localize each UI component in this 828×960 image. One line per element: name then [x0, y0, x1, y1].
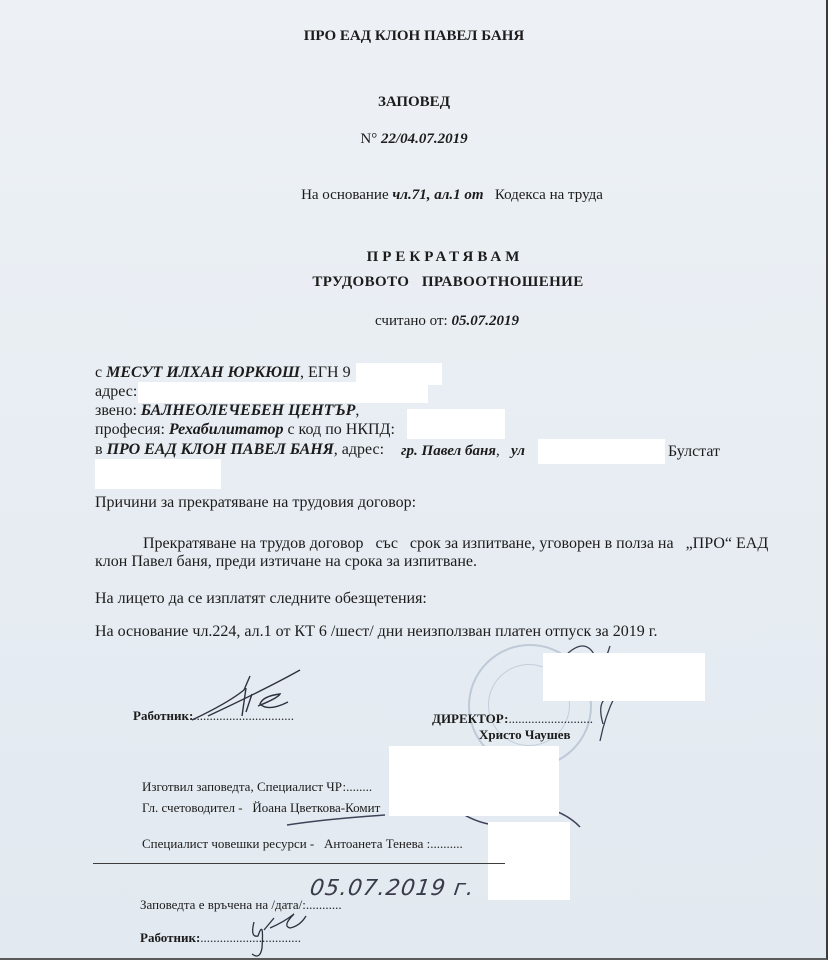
reasons-text-line2: клон Павел баня, преди изтичане на срока…: [95, 553, 477, 571]
section-divider: [93, 863, 505, 864]
reasons-text-line1: Прекратяване на трудов договор със срок …: [143, 535, 768, 553]
profession-value: Рехабилитатор: [169, 421, 284, 438]
with-label: с: [95, 364, 102, 381]
redaction-street: [538, 439, 665, 464]
employee-address-line: адрес:: [95, 383, 137, 401]
effective-date-line: считано от: 05.07.2019: [0, 313, 828, 330]
unit-line: звено: БАЛНЕОЛЕЧЕБЕН ЦЕНТЪР,: [95, 402, 359, 420]
decision-heading: ПРЕКРАТЯВАМ: [0, 249, 828, 266]
employee-name-line: с МЕСУТ ИЛХАН ЮРКЮШ, ЕГН 9: [95, 364, 351, 382]
basis-suffix: Кодекса на труда: [495, 187, 603, 203]
redaction-director-signature: [543, 653, 705, 701]
unit-suffix: ,: [355, 402, 359, 419]
decision-subheading: ТРУДОВОТО ПРАВООТНОШЕНИЕ: [0, 274, 828, 291]
hr-specialist-line: Специалист човешки ресурси - Антоанета Т…: [142, 836, 463, 852]
employee-name: МЕСУТ ИЛХАН ЮРКЮШ: [106, 364, 300, 381]
director-label: ДИРЕКТОР:: [432, 711, 508, 726]
employee-signature-icon: [188, 668, 318, 728]
effective-label: считано от:: [375, 313, 448, 329]
in-label: в: [95, 441, 103, 458]
order-number-value: 22/04.07.2019: [381, 131, 468, 147]
employer-line: в ПРО ЕАД КЛОН ПАВЕЛ БАНЯ, адрес:: [95, 441, 384, 459]
redaction-preparer-signature: [389, 746, 559, 816]
employer-address-label: , адрес:: [334, 441, 384, 458]
egn-label: , ЕГН 9: [300, 364, 351, 381]
nkpd-label: с код по НКПД:: [287, 421, 394, 438]
hr-label: Специалист човешки ресурси -: [142, 836, 314, 851]
director-signature-line: ДИРЕКТОР:..........................: [432, 711, 593, 727]
reasons-heading: Причини за прекратяване на трудовия дого…: [95, 494, 416, 512]
employee-signature-label: Работник:: [133, 708, 193, 723]
delivery-employee-signature-icon: [244, 908, 314, 958]
basis-article: чл.71, ал.1 от: [392, 187, 483, 203]
redaction-nkpd: [407, 409, 505, 439]
handwritten-delivery-date: 05.07.2019 г.: [308, 876, 476, 901]
city: гр. Павел баня: [401, 443, 496, 459]
decision-subheading-text: ТРУДОВОТО ПРАВООТНОШЕНИЕ: [312, 274, 583, 290]
order-number: N° 22/04.07.2019: [0, 131, 828, 148]
compensation-heading: На лицето да се изплатят следните обезще…: [95, 590, 427, 608]
effective-date: 05.07.2019: [451, 313, 519, 329]
redaction-address: [138, 382, 428, 403]
document-title: ЗАПОВЕД: [0, 94, 828, 111]
bulstat-label: Булстат: [668, 443, 720, 461]
accountant-label: Гл. счетоводител -: [142, 800, 243, 815]
legal-basis: На основание чл.71, ал.1 от Кодекса на т…: [0, 187, 828, 204]
profession-line: професия: Рехабилитатор с код по НКПД:: [95, 421, 395, 439]
profession-label: професия:: [95, 421, 165, 438]
street-label: ул: [511, 443, 525, 459]
hr-name: Антоанета Тенева :..........: [324, 836, 463, 851]
redaction-hr-signature: [488, 822, 570, 900]
basis-prefix: На основание: [301, 187, 389, 203]
director-dots: ..........................: [508, 711, 593, 726]
delivery-employee-label: Работник:: [140, 930, 200, 945]
employer-name: ПРО ЕАД КЛОН ПАВЕЛ БАНЯ: [107, 441, 334, 458]
unit-label: звено:: [95, 402, 137, 419]
employer-city-line: гр. Павел баня, ул: [401, 443, 525, 460]
number-prefix: N°: [360, 131, 377, 147]
director-name: Христо Чаушев: [479, 727, 571, 743]
company-name: ПРО ЕАД КЛОН ПАВЕЛ БАНЯ: [0, 28, 828, 45]
document-page: ПРО ЕАД КЛОН ПАВЕЛ БАНЯ ЗАПОВЕД N° 22/04…: [0, 0, 828, 960]
prepared-by-line: Изготвил заповедта, Специалист ЧР:......…: [142, 779, 372, 795]
unit-name: БАЛНЕОЛЕЧЕБЕН ЦЕНТЪР: [141, 402, 356, 419]
address-label: адрес:: [95, 383, 137, 400]
redaction-bulstat: [95, 459, 221, 489]
